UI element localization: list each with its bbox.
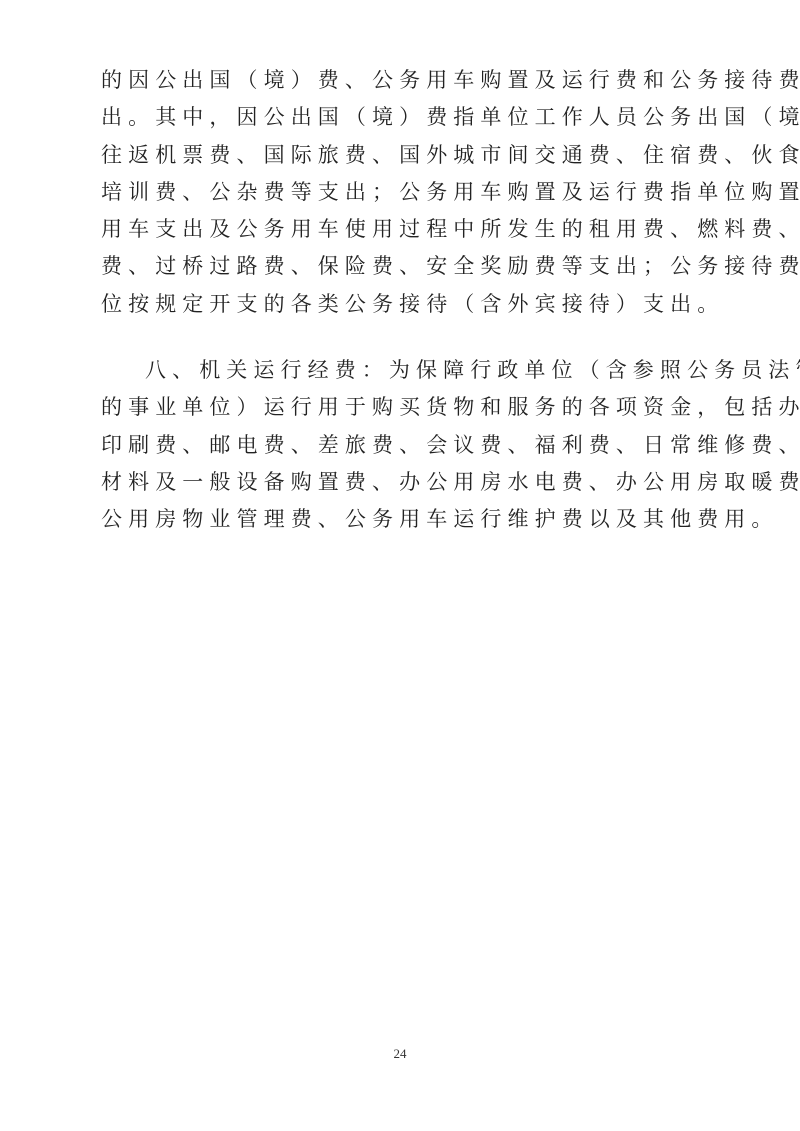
text-line: 位按规定开支的各类公务接待（含外宾接待）支出。 <box>101 286 701 323</box>
text-line: 的因公出国（境）费、公务用车购置及运行费和公务接待费支 <box>101 62 701 99</box>
paragraph-section-eight: 八、机关运行经费：为保障行政单位（含参照公务员法管理 的事业单位）运行用于购买货… <box>101 352 701 538</box>
page-number: 24 <box>0 1046 800 1062</box>
text-line: 材料及一般设备购置费、办公用房水电费、办公用房取暖费、办 <box>101 464 701 501</box>
text-line-indented: 八、机关运行经费：为保障行政单位（含参照公务员法管理 <box>101 352 701 389</box>
paragraph-public-expenses-continuation: 的因公出国（境）费、公务用车购置及运行费和公务接待费支 出。其中，因公出国（境）… <box>101 62 701 323</box>
text-line: 公用房物业管理费、公务用车运行维护费以及其他费用。 <box>101 501 701 538</box>
text-line: 用车支出及公务用车使用过程中所发生的租用费、燃料费、维修 <box>101 211 701 248</box>
text-line: 印刷费、邮电费、差旅费、会议费、福利费、日常维修费、专用 <box>101 427 701 464</box>
text-line: 出。其中，因公出国（境）费指单位工作人员公务出国（境）的 <box>101 99 701 136</box>
paragraph-gap <box>101 323 701 352</box>
text-line: 的事业单位）运行用于购买货物和服务的各项资金，包括办公及 <box>101 389 701 426</box>
document-page: 的因公出国（境）费、公务用车购置及运行费和公务接待费支 出。其中，因公出国（境）… <box>0 0 800 1131</box>
text-line: 费、过桥过路费、保险费、安全奖励费等支出；公务接待费指单 <box>101 248 701 285</box>
text-line: 培训费、公杂费等支出；公务用车购置及运行费指单位购置公务 <box>101 174 701 211</box>
text-line: 往返机票费、国际旅费、国外城市间交通费、住宿费、伙食费、 <box>101 137 701 174</box>
body-text: 的因公出国（境）费、公务用车购置及运行费和公务接待费支 出。其中，因公出国（境）… <box>101 62 701 539</box>
